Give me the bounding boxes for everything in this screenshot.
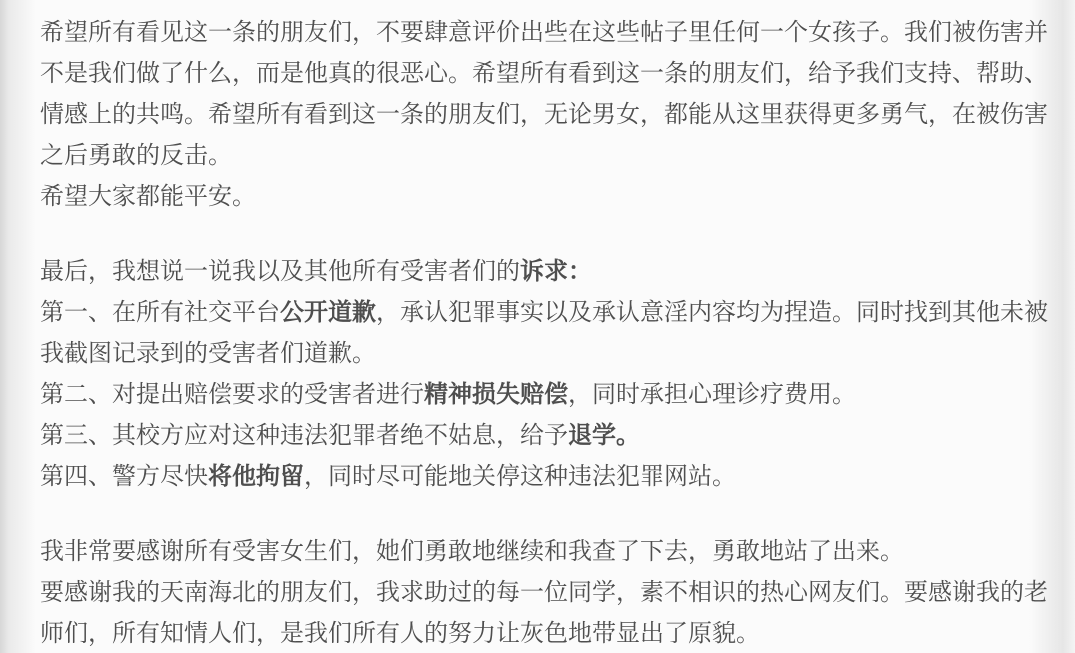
article-section: 我非常要感谢所有受害女生们，她们勇敢地继续和我查了下去，勇敢地站了出来。要感谢我… (40, 531, 1054, 653)
emphasis-text: 退学。 (568, 422, 640, 449)
paragraph: 第一、在所有社交平台公开道歉，承认犯罪事实以及承认意淫内容均为捏造。同时找到其他… (40, 292, 1054, 374)
paragraph: 希望所有看见这一条的朋友们，不要肆意评价出些在这些帖子里任何一个女孩子。我们被伤… (40, 12, 1054, 176)
text-run: 第二、对提出赔偿要求的受害者进行 (40, 381, 424, 408)
text-run: ，同时尽可能地关停这种违法犯罪网站。 (304, 463, 736, 490)
text-run: 第三、其校方应对这种违法犯罪者绝不姑息，给予 (40, 422, 568, 449)
text-run: 我非常要感谢所有受害女生们，她们勇敢地继续和我查了下去，勇敢地站了出来。 (40, 538, 904, 565)
text-run: 希望所有看见这一条的朋友们，不要肆意评价出些在这些帖子里任何一个女孩子。我们被伤… (40, 19, 1048, 169)
paragraph: 要感谢我的天南海北的朋友们，我求助过的每一位同学，素不相识的热心网友们。要感谢我… (40, 572, 1054, 653)
paragraph: 希望大家都能平安。 (40, 176, 1054, 217)
text-run: 要感谢我的天南海北的朋友们，我求助过的每一位同学，素不相识的热心网友们。要感谢我… (40, 579, 1048, 647)
emphasis-text: 公开道歉 (280, 299, 376, 326)
text-run: 第四、警方尽快 (40, 463, 208, 490)
emphasis-text: 诉求： (520, 258, 592, 285)
page-edge-shadow-left (0, 0, 36, 653)
paragraph: 我非常要感谢所有受害女生们，她们勇敢地继续和我查了下去，勇敢地站了出来。 (40, 531, 1054, 572)
article-body: 希望所有看见这一条的朋友们，不要肆意评价出些在这些帖子里任何一个女孩子。我们被伤… (40, 12, 1054, 653)
paragraph: 最后，我想说一说我以及其他所有受害者们的诉求： (40, 251, 1054, 292)
text-run: 希望大家都能平安。 (40, 183, 256, 210)
text-run: ，同时承担心理诊疗费用。 (568, 381, 856, 408)
text-run: 第一、在所有社交平台 (40, 299, 280, 326)
article-section: 希望所有看见这一条的朋友们，不要肆意评价出些在这些帖子里任何一个女孩子。我们被伤… (40, 12, 1054, 217)
paragraph: 第二、对提出赔偿要求的受害者进行精神损失赔偿，同时承担心理诊疗费用。 (40, 374, 1054, 415)
emphasis-text: 将他拘留 (208, 463, 304, 490)
paragraph: 第三、其校方应对这种违法犯罪者绝不姑息，给予退学。 (40, 415, 1054, 456)
emphasis-text: 精神损失赔偿 (424, 381, 568, 408)
text-run: 最后，我想说一说我以及其他所有受害者们的 (40, 258, 520, 285)
article-section: 最后，我想说一说我以及其他所有受害者们的诉求：第一、在所有社交平台公开道歉，承认… (40, 251, 1054, 497)
paragraph: 第四、警方尽快将他拘留，同时尽可能地关停这种违法犯罪网站。 (40, 456, 1054, 497)
